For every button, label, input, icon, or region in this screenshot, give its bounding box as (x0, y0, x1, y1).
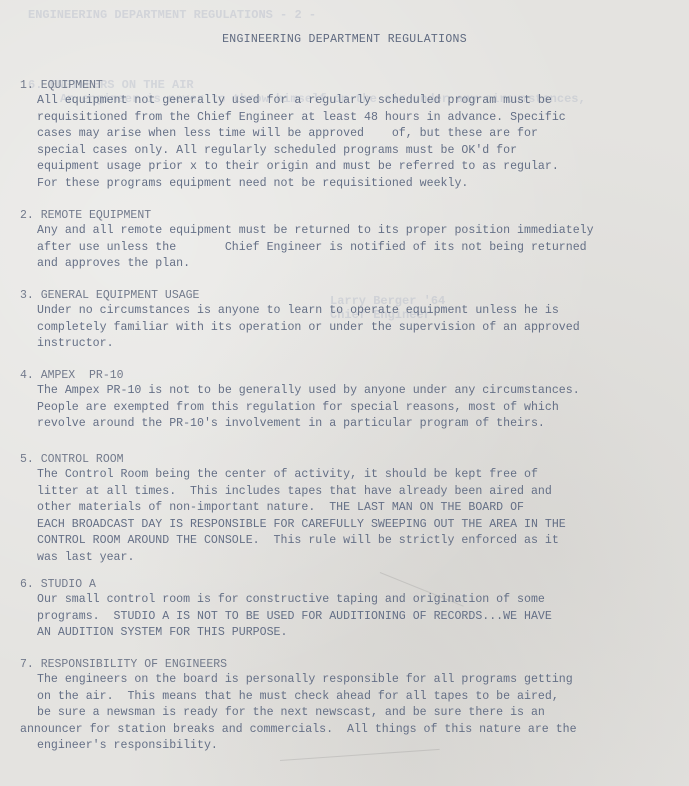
regulation-section: 7. RESPONSIBILITY OF ENGINEERSThe engine… (20, 657, 689, 755)
text-line: be sure a newsman is ready for the next … (37, 705, 689, 722)
section-heading: 6. STUDIO A (20, 577, 689, 592)
text-line: AN AUDITION SYSTEM FOR THIS PURPOSE. (37, 625, 689, 642)
text-line: engineer's responsibility. (37, 738, 689, 755)
text-line: cases may arise when less time will be a… (37, 126, 689, 143)
section-heading: 1. EQUIPMENT (20, 78, 689, 93)
section-body: Our small control room is for constructi… (20, 592, 689, 642)
text-line: was last year. (37, 550, 689, 567)
text-line: Any and all remote equipment must be ret… (37, 223, 689, 240)
regulation-section: 5. CONTROL ROOMThe Control Room being th… (20, 452, 689, 566)
section-heading: 4. AMPEX PR-10 (20, 368, 689, 383)
text-line: after use unless the Chief Engineer is n… (37, 240, 689, 257)
regulation-section: 3. GENERAL EQUIPMENT USAGEUnder no circu… (20, 288, 689, 353)
text-line: and approves the plan. (37, 256, 689, 273)
text-line: All equipment not generally used for a r… (37, 93, 689, 110)
text-line: CONTROL ROOM AROUND THE CONSOLE. This ru… (37, 533, 689, 550)
document-title: ENGINEERING DEPARTMENT REGULATIONS (0, 33, 689, 46)
section-heading: 7. RESPONSIBILITY OF ENGINEERS (20, 657, 689, 672)
text-line: The Ampex PR-10 is not to be generally u… (37, 383, 689, 400)
text-line: other materials of non-important nature.… (37, 500, 689, 517)
section-body: All equipment not generally used for a r… (20, 93, 689, 192)
text-line: equipment usage prior x to their origin … (37, 159, 689, 176)
text-line: Our small control room is for constructi… (37, 592, 689, 609)
section-body: The Control Room being the center of act… (20, 467, 689, 566)
text-line: revolve around the PR-10's involvement i… (37, 416, 689, 433)
text-line: completely familiar with its operation o… (37, 320, 689, 337)
text-line: People are exempted from this regulation… (37, 400, 689, 417)
section-heading: 3. GENERAL EQUIPMENT USAGE (20, 288, 689, 303)
regulation-section: 6. STUDIO AOur small control room is for… (20, 577, 689, 642)
text-line: on the air. This means that he must chec… (37, 689, 689, 706)
section-body: The Ampex PR-10 is not to be generally u… (20, 383, 689, 433)
text-line: Under no circumstances is anyone to lear… (37, 303, 689, 320)
text-line: litter at all times. This includes tapes… (37, 484, 689, 501)
regulation-section: 1. EQUIPMENTAll equipment not generally … (20, 78, 689, 192)
regulation-section: 4. AMPEX PR-10The Ampex PR-10 is not to … (20, 368, 689, 433)
text-line: The Control Room being the center of act… (37, 467, 689, 484)
text-line: The engineers on the board is personally… (37, 672, 689, 689)
text-line: special cases only. All regularly schedu… (37, 143, 689, 160)
text-line: announcer for station breaks and commerc… (20, 722, 689, 739)
section-heading: 2. REMOTE EQUIPMENT (20, 208, 689, 223)
regulation-section: 2. REMOTE EQUIPMENTAny and all remote eq… (20, 208, 689, 273)
text-line: requisitioned from the Chief Engineer at… (37, 110, 689, 127)
section-body: Any and all remote equipment must be ret… (20, 223, 689, 273)
text-line: programs. STUDIO A IS NOT TO BE USED FOR… (37, 609, 689, 626)
section-body: Under no circumstances is anyone to lear… (20, 303, 689, 353)
section-body: The engineers on the board is personally… (20, 672, 689, 755)
bleed-through-header: ENGINEERING DEPARTMENT REGULATIONS - 2 - (28, 8, 316, 22)
text-line: instructor. (37, 336, 689, 353)
text-line: EACH BROADCAST DAY IS RESPONSIBLE FOR CA… (37, 517, 689, 534)
text-line: For these programs equipment need not be… (37, 176, 689, 193)
section-heading: 5. CONTROL ROOM (20, 452, 689, 467)
